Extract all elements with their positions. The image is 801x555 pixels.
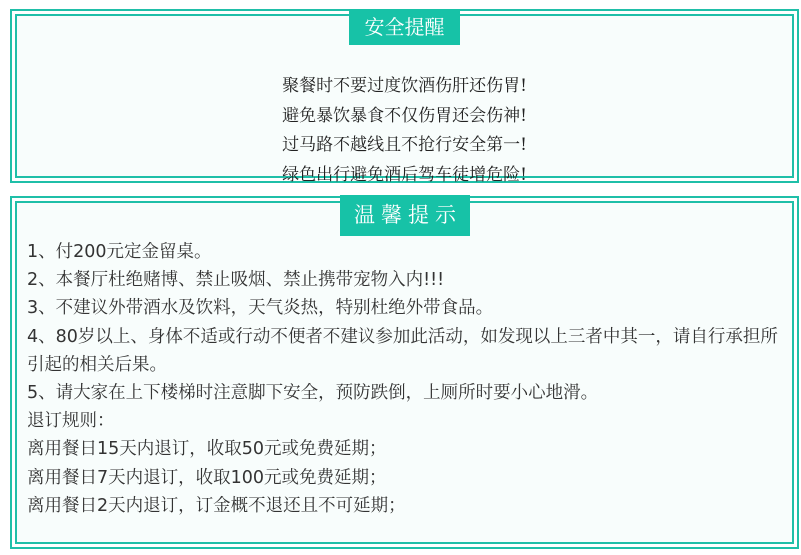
safety-line: 聚餐时不要过度饮酒伤肝还伤胃! bbox=[17, 72, 792, 102]
safety-line: 避免暴饮暴食不仅伤胃还会伤神! bbox=[17, 102, 792, 132]
refund-rules-title: 退订规则： bbox=[27, 407, 789, 435]
safety-line: 绿色出行避免酒后驾车徒增危险! bbox=[17, 161, 792, 191]
tip-item: 4、80岁以上、身体不适或行动不便者不建议参加此活动，如发现以上三者中其一，请自… bbox=[27, 323, 789, 379]
warm-tips-content: 1、付200元定金留桌。 2、本餐厅杜绝赌博、禁止吸烟、禁止携带宠物入内!!! … bbox=[27, 238, 789, 520]
tip-item: 5、请大家在上下楼梯时注意脚下安全，预防跌倒，上厕所时要小心地滑。 bbox=[27, 379, 789, 407]
warm-tips-title: 温馨提示 bbox=[340, 195, 470, 236]
safety-reminder-text: 聚餐时不要过度饮酒伤肝还伤胃! 避免暴饮暴食不仅伤胃还会伤神! 过马路不越线且不… bbox=[17, 72, 792, 190]
safety-line: 过马路不越线且不抢行安全第一! bbox=[17, 131, 792, 161]
refund-rule: 离用餐日2天内退订，订金概不退还且不可延期； bbox=[27, 492, 789, 520]
safety-reminder-title: 安全提醒 bbox=[349, 9, 460, 45]
tip-item: 1、付200元定金留桌。 bbox=[27, 238, 789, 266]
refund-rule: 离用餐日15天内退订，收取50元或免费延期； bbox=[27, 435, 789, 463]
tip-item: 3、不建议外带酒水及饮料，天气炎热，特别杜绝外带食品。 bbox=[27, 294, 789, 322]
refund-rule: 离用餐日7天内退订，收取100元或免费延期； bbox=[27, 464, 789, 492]
tip-item: 2、本餐厅杜绝赌博、禁止吸烟、禁止携带宠物入内!!! bbox=[27, 266, 789, 294]
